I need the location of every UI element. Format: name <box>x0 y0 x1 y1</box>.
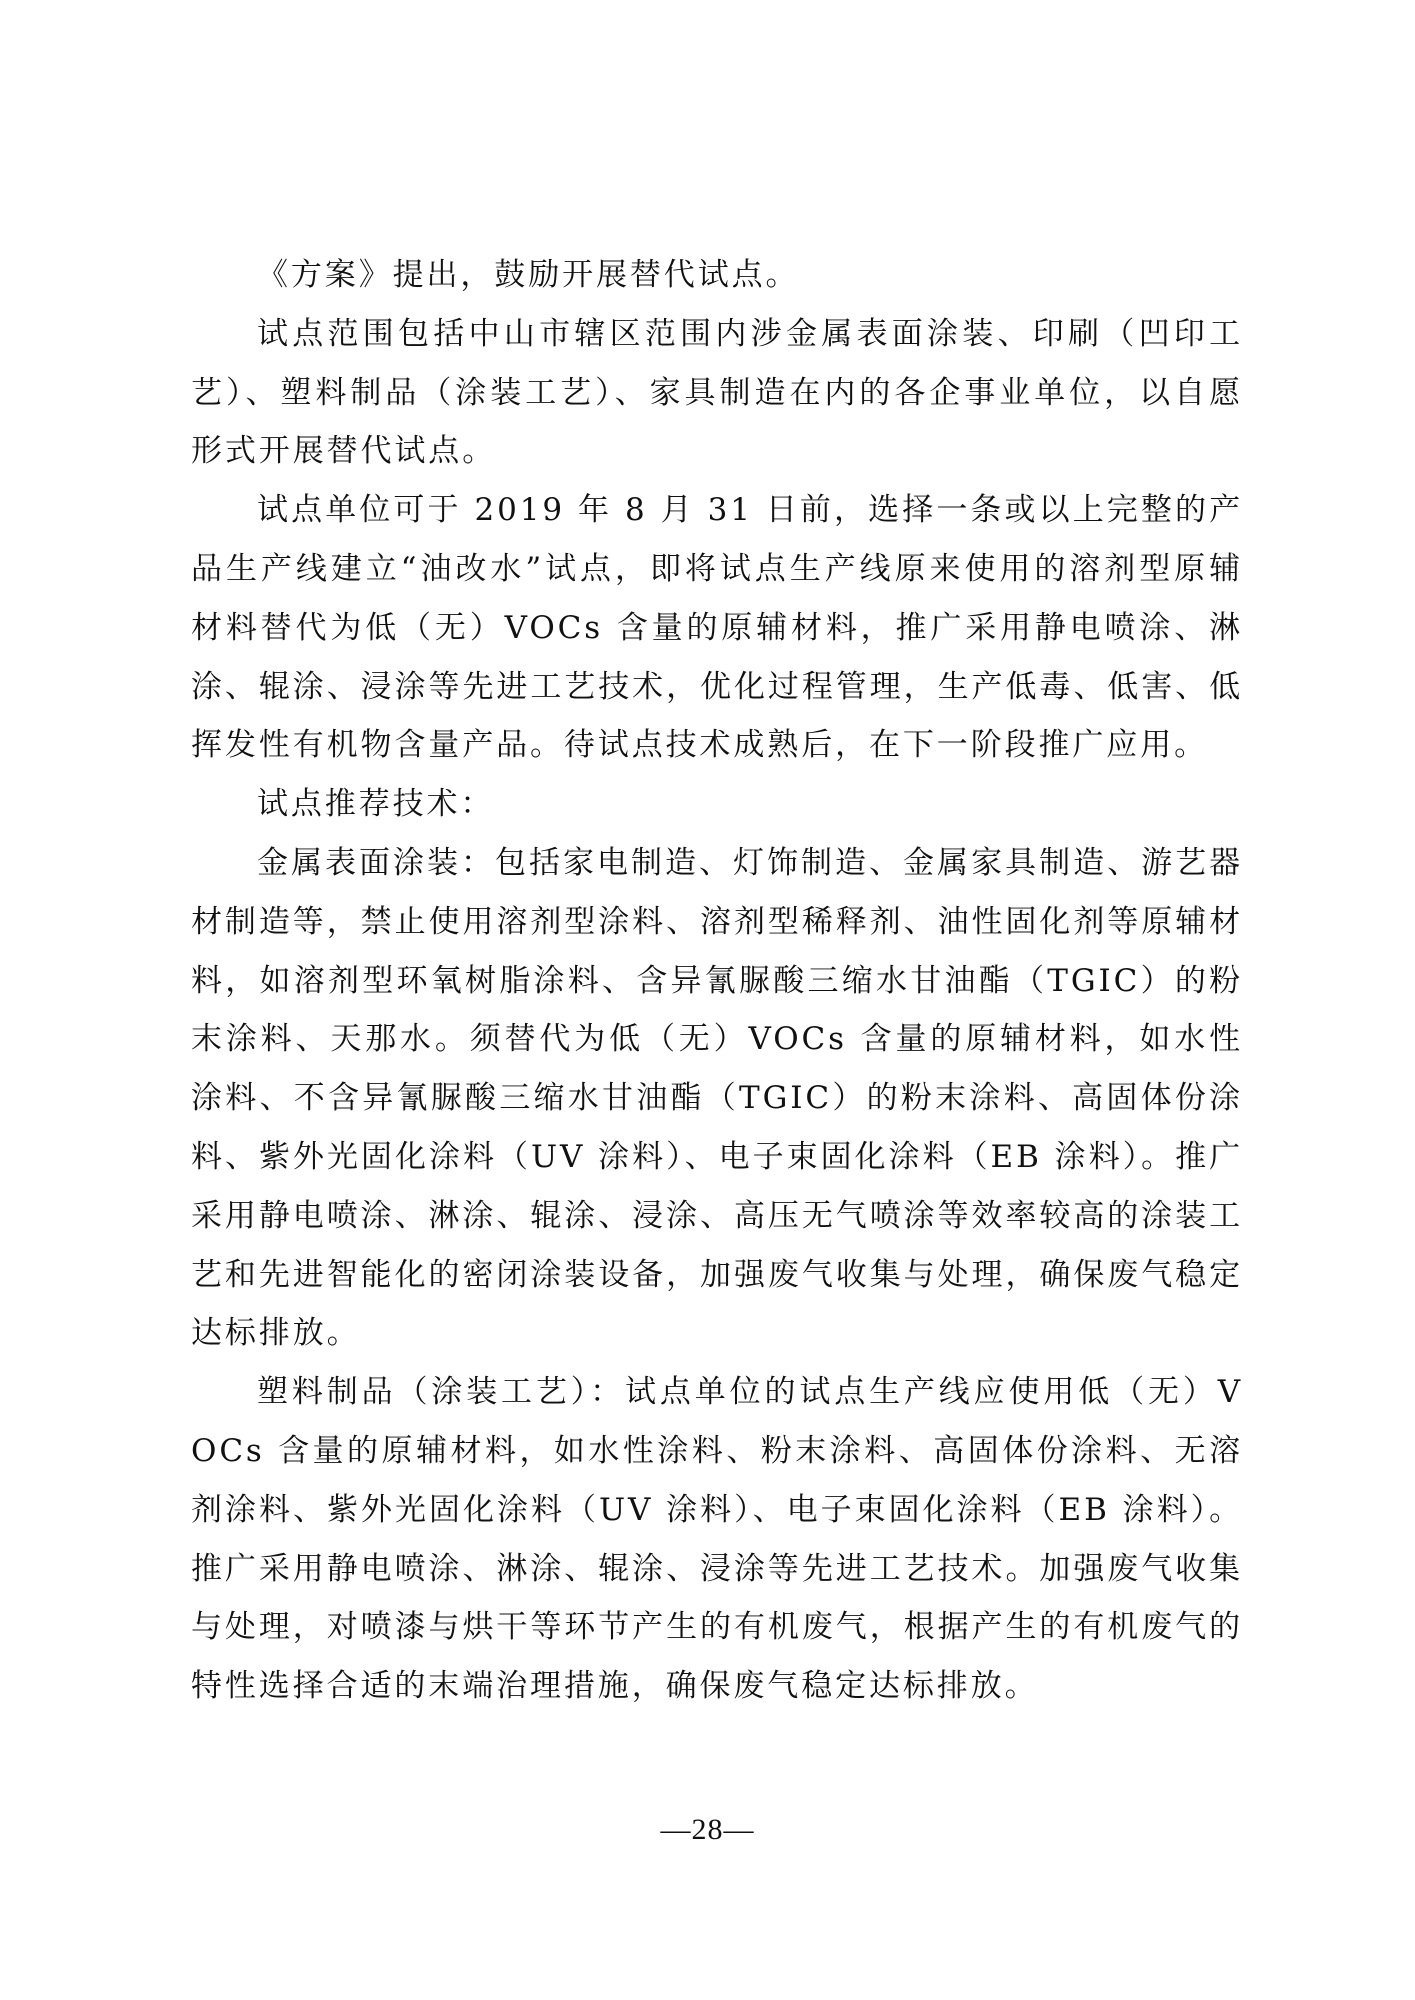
paragraph-metal-surface-coating: 金属表面涂装：包括家电制造、灯饰制造、金属家具制造、游艺器材制造等，禁止使用溶剂… <box>191 834 1243 1363</box>
page-number: —28— <box>0 1813 1415 1847</box>
paragraph-pilot-units: 试点单位可于 2019 年 8 月 31 日前，选择一条或以上完整的产品生产线建… <box>191 481 1243 775</box>
paragraph-plan-proposal: 《方案》提出，鼓励开展替代试点。 <box>191 246 1243 305</box>
paragraph-plastic-products: 塑料制品（涂装工艺）：试点单位的试点生产线应使用低（无）VOCs 含量的原辅材料… <box>191 1363 1243 1716</box>
document-page: 《方案》提出，鼓励开展替代试点。 试点范围包括中山市辖区范围内涉金属表面涂装、印… <box>0 0 1415 2000</box>
document-body: 《方案》提出，鼓励开展替代试点。 试点范围包括中山市辖区范围内涉金属表面涂装、印… <box>191 246 1243 1716</box>
paragraph-recommended-tech-heading: 试点推荐技术： <box>191 775 1243 834</box>
paragraph-pilot-scope: 试点范围包括中山市辖区范围内涉金属表面涂装、印刷（凹印工艺）、塑料制品（涂装工艺… <box>191 305 1243 481</box>
